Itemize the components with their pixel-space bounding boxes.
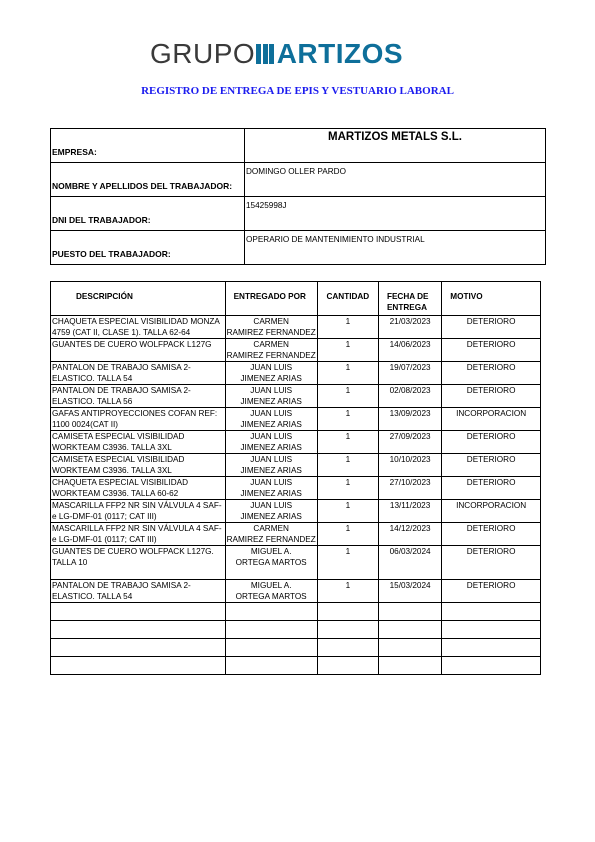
delivery-date-cell: 27/09/2023 [378, 431, 441, 454]
table-row: CAMISETA ESPECIAL VISIBILIDAD WORKTEAM C… [51, 454, 541, 477]
delivery-date-cell: 14/12/2023 [378, 523, 441, 546]
reason-cell: DETERIORO [442, 339, 541, 362]
quantity-cell: 1 [317, 339, 378, 362]
empty-cell [225, 657, 317, 675]
description-cell: GUANTES DE CUERO WOLFPACK L127G. TALLA 1… [51, 546, 226, 580]
empty-cell [378, 657, 441, 675]
empty-cell [317, 657, 378, 675]
delivery-date-cell: 02/08/2023 [378, 385, 441, 408]
delivered-by-cell: JUAN LUISJIMENEZ ARIAS [225, 454, 317, 477]
table-row: GUANTES DE CUERO WOLFPACK L127G. TALLA 1… [51, 546, 541, 580]
description-cell: MASCARILLA FFP2 NR SIN VÁLVULA 4 SAF-e L… [51, 500, 226, 523]
delivery-date-cell: 15/03/2024 [378, 580, 441, 603]
empty-cell [225, 621, 317, 639]
table-row: PANTALON DE TRABAJO SAMISA 2-ELASTICO. T… [51, 580, 541, 603]
delivered-by-cell: MIGUEL A.ORTEGA MARTOS [225, 580, 317, 603]
quantity-cell: 1 [317, 408, 378, 431]
document-title: REGISTRO DE ENTREGA DE EPIS Y VESTUARIO … [0, 85, 595, 97]
description-cell: CAMISETA ESPECIAL VISIBILIDAD WORKTEAM C… [51, 454, 226, 477]
header-descripcion: DESCRIPCIÓN [51, 282, 226, 316]
description-cell: CHAQUETA ESPECIAL VISIBILIDAD WORKTEAM C… [51, 477, 226, 500]
delivered-by-cell: JUAN LUISJIMENEZ ARIAS [225, 408, 317, 431]
header-motivo: MOTIVO [442, 282, 541, 316]
empty-cell [51, 639, 226, 657]
position-row: PUESTO DEL TRABAJADOR: OPERARIO DE MANTE… [51, 231, 546, 265]
table-row: GAFAS ANTIPROYECCIONES COFAN REF: 1100 0… [51, 408, 541, 431]
table-row: PANTALON DE TRABAJO SAMISA 2-ELASTICO. T… [51, 385, 541, 408]
header-entregado-por: ENTREGADO POR [225, 282, 317, 316]
empty-cell [442, 603, 541, 621]
quantity-cell: 1 [317, 523, 378, 546]
empty-cell [378, 639, 441, 657]
empty-cell [317, 621, 378, 639]
table-row: CHAQUETA ESPECIAL VISIBILIDAD WORKTEAM C… [51, 477, 541, 500]
description-cell: CAMISETA ESPECIAL VISIBILIDAD WORKTEAM C… [51, 431, 226, 454]
empty-cell [378, 621, 441, 639]
quantity-cell: 1 [317, 477, 378, 500]
reason-cell: DETERIORO [442, 316, 541, 339]
description-cell: CHAQUETA ESPECIAL VISIBILIDAD MONZA 4759… [51, 316, 226, 339]
description-cell: GUANTES DE CUERO WOLFPACK L127G [51, 339, 226, 362]
dni-label: DNI DEL TRABAJADOR: [51, 197, 245, 231]
delivered-by-cell: JUAN LUISJIMENEZ ARIAS [225, 362, 317, 385]
empty-cell [51, 657, 226, 675]
reason-cell: DETERIORO [442, 362, 541, 385]
company-logo: GRUPO ARTIZOS [150, 38, 403, 70]
delivery-date-cell: 13/11/2023 [378, 500, 441, 523]
quantity-cell: 1 [317, 580, 378, 603]
deliveries-header-row: DESCRIPCIÓN ENTREGADO POR CANTIDAD FECHA… [51, 282, 541, 316]
worker-info-table: EMPRESA: MARTIZOS METALS S.L. NOMBRE Y A… [50, 128, 546, 265]
table-row: GUANTES DE CUERO WOLFPACK L127GCARMENRAM… [51, 339, 541, 362]
reason-cell: DETERIORO [442, 580, 541, 603]
quantity-cell: 1 [317, 316, 378, 339]
company-label: EMPRESA: [51, 129, 245, 163]
company-value: MARTIZOS METALS S.L. [245, 129, 546, 163]
delivered-by-cell: JUAN LUISJIMENEZ ARIAS [225, 500, 317, 523]
empty-cell [442, 621, 541, 639]
reason-cell: DETERIORO [442, 385, 541, 408]
reason-cell: INCORPORACION [442, 408, 541, 431]
empty-cell [442, 639, 541, 657]
header-fecha-entrega: FECHA DE ENTREGA [378, 282, 441, 316]
delivery-date-cell: 06/03/2024 [378, 546, 441, 580]
description-cell: MASCARILLA FFP2 NR SIN VÁLVULA 4 SAF-e L… [51, 523, 226, 546]
quantity-cell: 1 [317, 431, 378, 454]
delivered-by-cell: CARMENRAMIREZ FERNANDEZ [225, 339, 317, 362]
table-row: CAMISETA ESPECIAL VISIBILIDAD WORKTEAM C… [51, 431, 541, 454]
delivered-by-cell: JUAN LUISJIMENEZ ARIAS [225, 385, 317, 408]
delivered-by-cell: CARMENRAMIREZ FERNANDEZ [225, 523, 317, 546]
header-cantidad: CANTIDAD [317, 282, 378, 316]
delivery-date-cell: 27/10/2023 [378, 477, 441, 500]
dni-value: 15425998J [245, 197, 546, 231]
delivery-date-cell: 13/09/2023 [378, 408, 441, 431]
delivery-date-cell: 10/10/2023 [378, 454, 441, 477]
description-cell: PANTALON DE TRABAJO SAMISA 2-ELASTICO. T… [51, 580, 226, 603]
empty-cell [51, 621, 226, 639]
empty-table-row [51, 603, 541, 621]
delivered-by-cell: JUAN LUISJIMENEZ ARIAS [225, 431, 317, 454]
table-row: MASCARILLA FFP2 NR SIN VÁLVULA 4 SAF-e L… [51, 523, 541, 546]
deliveries-table: DESCRIPCIÓN ENTREGADO POR CANTIDAD FECHA… [50, 281, 541, 675]
logo-brand-text: ARTIZOS [277, 38, 403, 70]
delivery-date-cell: 19/07/2023 [378, 362, 441, 385]
table-row: MASCARILLA FFP2 NR SIN VÁLVULA 4 SAF-e L… [51, 500, 541, 523]
logo-grupo-text: GRUPO [150, 38, 255, 70]
quantity-cell: 1 [317, 500, 378, 523]
description-cell: GAFAS ANTIPROYECCIONES COFAN REF: 1100 0… [51, 408, 226, 431]
empty-cell [378, 603, 441, 621]
dni-row: DNI DEL TRABAJADOR: 15425998J [51, 197, 546, 231]
company-row: EMPRESA: MARTIZOS METALS S.L. [51, 129, 546, 163]
empty-cell [317, 639, 378, 657]
delivered-by-cell: JUAN LUISJIMENEZ ARIAS [225, 477, 317, 500]
reason-cell: DETERIORO [442, 454, 541, 477]
table-row: CHAQUETA ESPECIAL VISIBILIDAD MONZA 4759… [51, 316, 541, 339]
quantity-cell: 1 [317, 362, 378, 385]
name-row: NOMBRE Y APELLIDOS DEL TRABAJADOR: DOMIN… [51, 163, 546, 197]
empty-cell [225, 603, 317, 621]
logo-m-icon [256, 44, 276, 64]
quantity-cell: 1 [317, 546, 378, 580]
delivered-by-cell: MIGUEL A.ORTEGA MARTOS [225, 546, 317, 580]
reason-cell: DETERIORO [442, 523, 541, 546]
quantity-cell: 1 [317, 385, 378, 408]
reason-cell: DETERIORO [442, 431, 541, 454]
description-cell: PANTALON DE TRABAJO SAMISA 2-ELASTICO. T… [51, 362, 226, 385]
name-label: NOMBRE Y APELLIDOS DEL TRABAJADOR: [51, 163, 245, 197]
delivered-by-cell: CARMENRAMIREZ FERNANDEZ [225, 316, 317, 339]
empty-table-row [51, 639, 541, 657]
position-value: OPERARIO DE MANTENIMIENTO INDUSTRIAL [245, 231, 546, 265]
empty-cell [51, 603, 226, 621]
position-label: PUESTO DEL TRABAJADOR: [51, 231, 245, 265]
description-cell: PANTALON DE TRABAJO SAMISA 2-ELASTICO. T… [51, 385, 226, 408]
reason-cell: DETERIORO [442, 477, 541, 500]
delivery-date-cell: 14/06/2023 [378, 339, 441, 362]
empty-table-row [51, 621, 541, 639]
empty-cell [317, 603, 378, 621]
name-value: DOMINGO OLLER PARDO [245, 163, 546, 197]
quantity-cell: 1 [317, 454, 378, 477]
table-row: PANTALON DE TRABAJO SAMISA 2-ELASTICO. T… [51, 362, 541, 385]
delivery-date-cell: 21/03/2023 [378, 316, 441, 339]
reason-cell: DETERIORO [442, 546, 541, 580]
empty-table-row [51, 657, 541, 675]
reason-cell: INCORPORACION [442, 500, 541, 523]
empty-cell [225, 639, 317, 657]
empty-cell [442, 657, 541, 675]
